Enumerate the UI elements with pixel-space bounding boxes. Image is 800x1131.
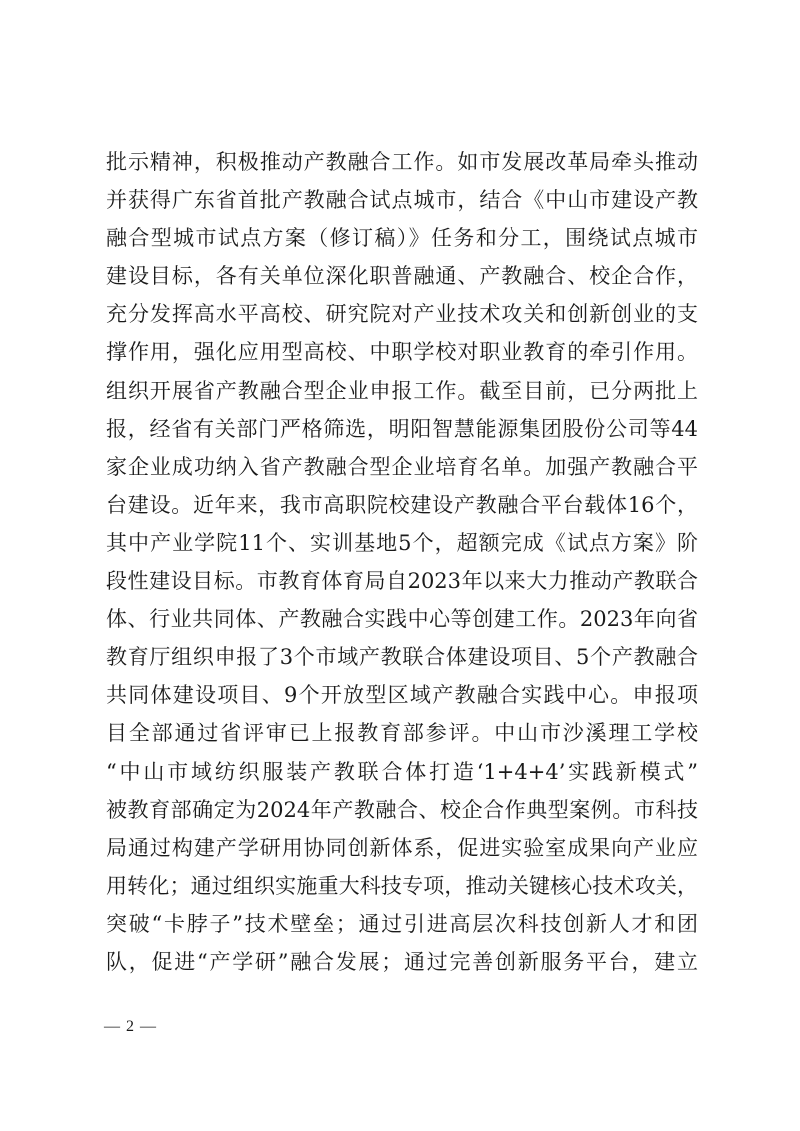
text-line: 撑作用，强化应用型高校、中职学校对职业教育的牵引作用。 bbox=[106, 333, 698, 371]
document-page: 批示精神，积极推动产教融合工作。如市发展改革局牵头推动 并获得广东省首批产教融合… bbox=[0, 0, 800, 1131]
text-line: 融合型城市试点方案（修订稿）》任务和分工，围绕试点城市 bbox=[106, 219, 698, 257]
text-line: 突破“卡脖子”技术壁垒；通过引进高层次科技创新人才和团 bbox=[106, 905, 698, 943]
text-line: 家企业成功纳入省产教融合型企业培育名单。加强产教融合平 bbox=[106, 448, 698, 486]
text-line: “中山市域纺织服装产教联合体打造‘1+4+4’实践新模式” bbox=[106, 753, 698, 791]
text-line: 台建设。近年来，我市高职院校建设产教融合平台载体16个， bbox=[106, 486, 698, 524]
text-line: 组织开展省产教融合型企业申报工作。截至目前，已分两批上 bbox=[106, 372, 698, 410]
body-paragraph: 批示精神，积极推动产教融合工作。如市发展改革局牵头推动 并获得广东省首批产教融合… bbox=[106, 143, 698, 981]
text-line: 目全部通过省评审已上报教育部参评。中山市沙溪理工学校 bbox=[106, 714, 698, 752]
text-line: 教育厅组织申报了3个市域产教联合体建设项目、5个产教融合 bbox=[106, 638, 698, 676]
page-number: — 2 — bbox=[104, 1018, 157, 1036]
text-line: 用转化；通过组织实施重大科技专项，推动关键核心技术攻关， bbox=[106, 867, 698, 905]
text-line: 共同体建设项目、9个开放型区域产教融合实践中心。申报项 bbox=[106, 676, 698, 714]
text-line: 建设目标，各有关单位深化职普融通、产教融合、校企合作， bbox=[106, 257, 698, 295]
text-line: 被教育部确定为2024年产教融合、校企合作典型案例。市科技 bbox=[106, 791, 698, 829]
text-line: 队，促进“产学研”融合发展；通过完善创新服务平台，建立 bbox=[106, 943, 698, 981]
text-line: 并获得广东省首批产教融合试点城市，结合《中山市建设产教 bbox=[106, 181, 698, 219]
text-line: 局通过构建产学研用协同创新体系，促进实验室成果向产业应 bbox=[106, 829, 698, 867]
text-line: 其中产业学院11个、实训基地5个，超额完成《试点方案》阶 bbox=[106, 524, 698, 562]
text-line: 批示精神，积极推动产教融合工作。如市发展改革局牵头推动 bbox=[106, 143, 698, 181]
text-line: 充分发挥高水平高校、研究院对产业技术攻关和创新创业的支 bbox=[106, 295, 698, 333]
text-line: 段性建设目标。市教育体育局自2023年以来大力推动产教联合 bbox=[106, 562, 698, 600]
text-line: 报，经省有关部门严格筛选，明阳智慧能源集团股份公司等44 bbox=[106, 410, 698, 448]
text-line: 体、行业共同体、产教融合实践中心等创建工作。2023年向省 bbox=[106, 600, 698, 638]
